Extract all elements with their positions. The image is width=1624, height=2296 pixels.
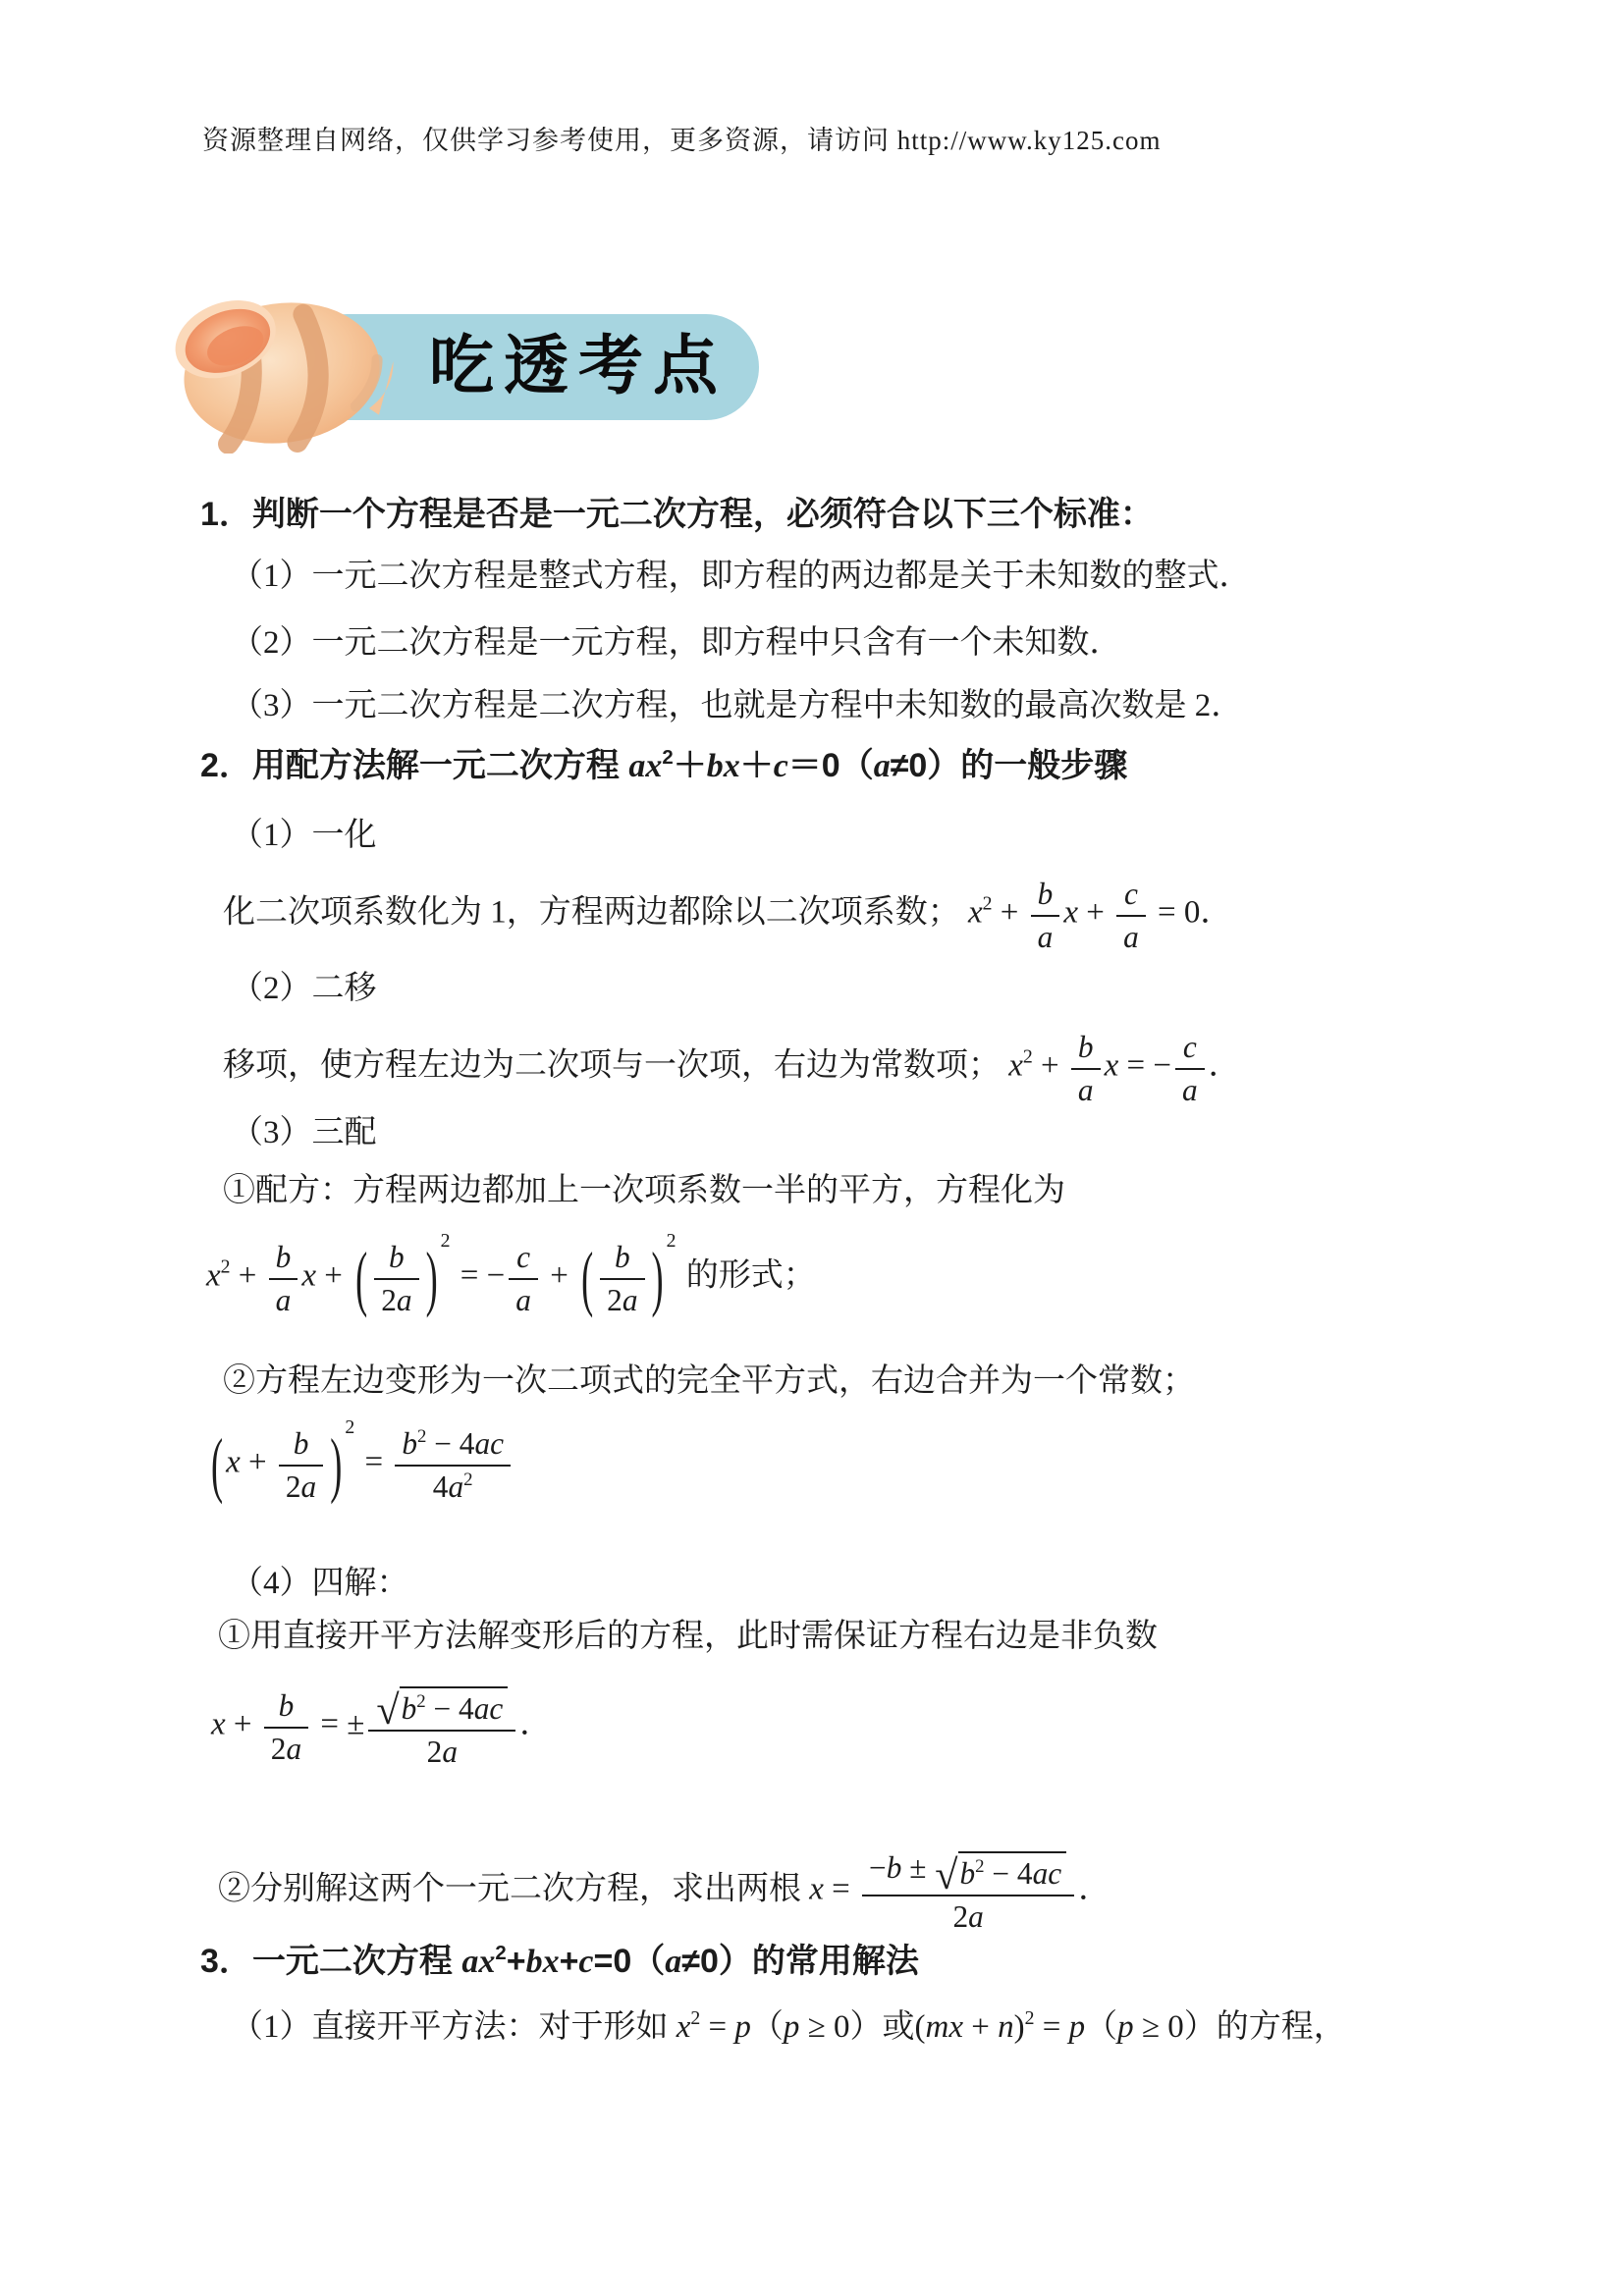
item1-point-1: （1）一元二次方程是整式方程，即方程的两边都是关于未知数的整式． bbox=[231, 556, 1252, 598]
item2-heading: 2．用配方法解一元二次方程 ax2＋bx＋c＝0（a≠0）的一般步骤 bbox=[200, 744, 1127, 788]
step3-label: （3）三配 bbox=[231, 1112, 377, 1154]
step4-formula1: x + b2a = ±√b2 − 4ac2a． bbox=[211, 1684, 552, 1769]
step3-sub2: ②方程左边变形为一次二项式的完全平方式，右边合并为一个常数； bbox=[223, 1361, 1195, 1403]
badge-title: 吃透考点 bbox=[429, 332, 728, 402]
document-page: 资源整理自网络，仅供学习参考使用，更多资源，请访问 http://www.ky1… bbox=[0, 0, 1624, 2296]
step2-line: 移项，使方程左边为二次项与一次项，右边为常数项； x2 + bax = −ca． bbox=[223, 1029, 1241, 1107]
step4-sub2: ②分别解这两个一元二次方程，求出两根 x = −b ± √b2 − 4ac2a． bbox=[218, 1849, 1110, 1934]
item1-point-2: （2）一元二次方程是一元方程，即方程中只含有一个未知数． bbox=[231, 622, 1122, 665]
item1-heading: 1．判断一个方程是否是一元二次方程，必须符合以下三个标准： bbox=[200, 493, 1154, 536]
step1-line: 化二次项系数化为 1，方程两边都除以二次项系数； x2 + bax + ca =… bbox=[223, 876, 1232, 954]
step3-formula2: (x + b2a)2 = b2 − 4ac4a2 bbox=[206, 1425, 514, 1504]
item3-heading: 3．一元二次方程 ax2+bx+c=0（a≠0）的常用解法 bbox=[200, 1940, 919, 1984]
step3-sub1: ①配方：方程两边都加上一次项系数一半的平方，方程化为 bbox=[223, 1170, 1065, 1212]
step3-formula1: x2 + bax + (b2a)2 = −ca + (b2a)2 的形式； bbox=[206, 1239, 816, 1317]
step1-label: （1）一化 bbox=[231, 815, 377, 857]
header-notice: 资源整理自网络，仅供学习参考使用，更多资源，请访问 http://www.ky1… bbox=[202, 119, 1161, 157]
step2-label: （2）二移 bbox=[231, 968, 377, 1010]
conch-shell-icon bbox=[162, 285, 406, 454]
item1-point-3: （3）一元二次方程是二次方程，也就是方程中未知数的最高次数是 2． bbox=[231, 685, 1243, 727]
step4-label: （4）四解： bbox=[231, 1563, 409, 1605]
item3-point-1: （1）直接开平方法：对于形如 x2 = p（p ≥ 0）或(mx + n)2 =… bbox=[231, 2006, 1346, 2049]
step4-sub1: ①用直接开平方法解变形后的方程，此时需保证方程右边是非负数 bbox=[218, 1616, 1158, 1658]
